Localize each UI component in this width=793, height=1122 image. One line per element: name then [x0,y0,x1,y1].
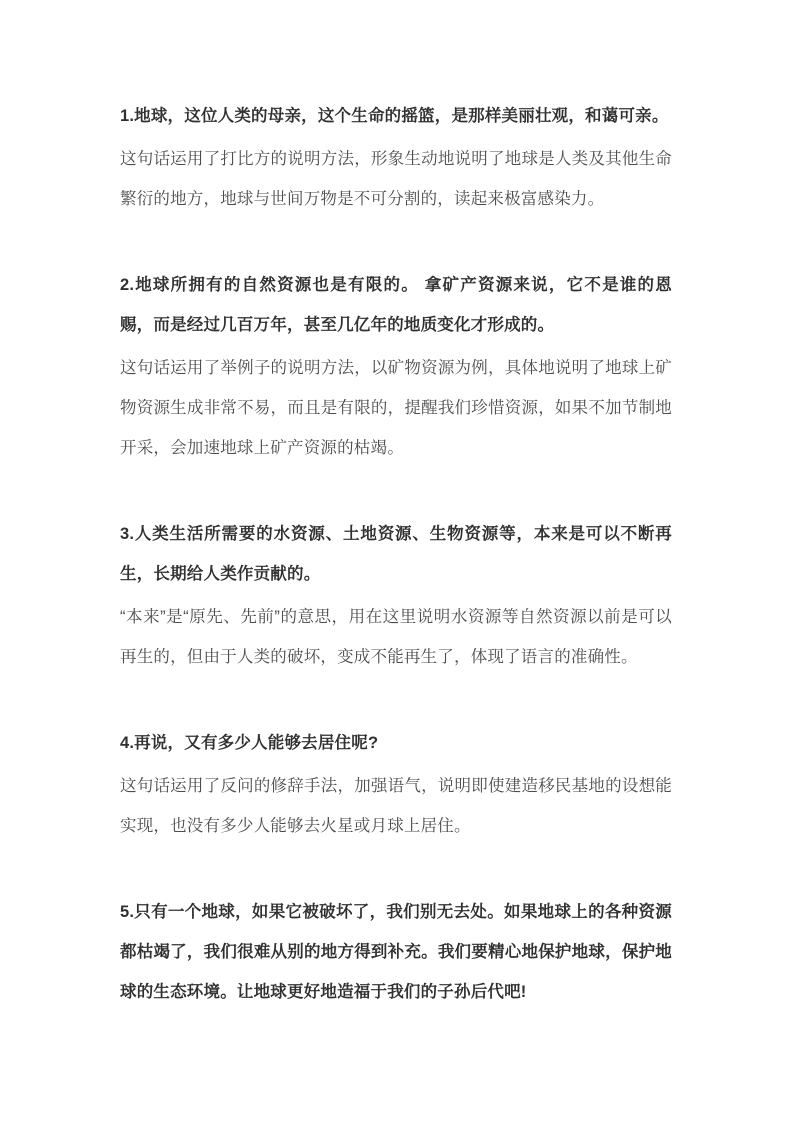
analysis-text: 这句话运用了反问的修辞手法，加强语气，说明即使建造移民基地的设想能实现，也没有多… [120,766,672,846]
sentence-heading: 4.再说，又有多少人能够去居住呢? [120,723,672,763]
sentence-heading: 2.地球所拥有的自然资源也是有限的。 拿矿产资源来说，它不是谁的恩赐，而是经过几… [120,265,672,345]
section: 2.地球所拥有的自然资源也是有限的。 拿矿产资源来说，它不是谁的恩赐，而是经过几… [120,265,672,468]
analysis-text: “本来”是“原先、先前”的意思，用在这里说明水资源等自然资源以前是可以再生的，但… [120,597,672,677]
document-content: 1.地球，这位人类的母亲，这个生命的摇篮，是那样美丽壮观，和蔼可亲。 这句话运用… [120,96,672,1012]
sentence-heading: 5.只有一个地球，如果它被破坏了，我们别无去处。如果地球上的各种资源都枯竭了，我… [120,892,672,1012]
sentence-heading: 1.地球，这位人类的母亲，这个生命的摇篮，是那样美丽壮观，和蔼可亲。 [120,96,672,136]
section: 4.再说，又有多少人能够去居住呢? 这句话运用了反问的修辞手法，加强语气，说明即… [120,723,672,846]
analysis-text: 这句话运用了举例子的说明方法，以矿物资源为例，具体地说明了地球上矿物资源生成非常… [120,348,672,468]
section: 3.人类生活所需要的水资源、土地资源、生物资源等，本来是可以不断再生，长期给人类… [120,514,672,677]
section: 5.只有一个地球，如果它被破坏了，我们别无去处。如果地球上的各种资源都枯竭了，我… [120,892,672,1012]
analysis-text: 这句话运用了打比方的说明方法，形象生动地说明了地球是人类及其他生命繁衍的地方，地… [120,139,672,219]
document-page: 1.地球，这位人类的母亲，这个生命的摇篮，是那样美丽壮观，和蔼可亲。 这句话运用… [0,0,793,1122]
sentence-heading: 3.人类生活所需要的水资源、土地资源、生物资源等，本来是可以不断再生，长期给人类… [120,514,672,594]
section: 1.地球，这位人类的母亲，这个生命的摇篮，是那样美丽壮观，和蔼可亲。 这句话运用… [120,96,672,219]
